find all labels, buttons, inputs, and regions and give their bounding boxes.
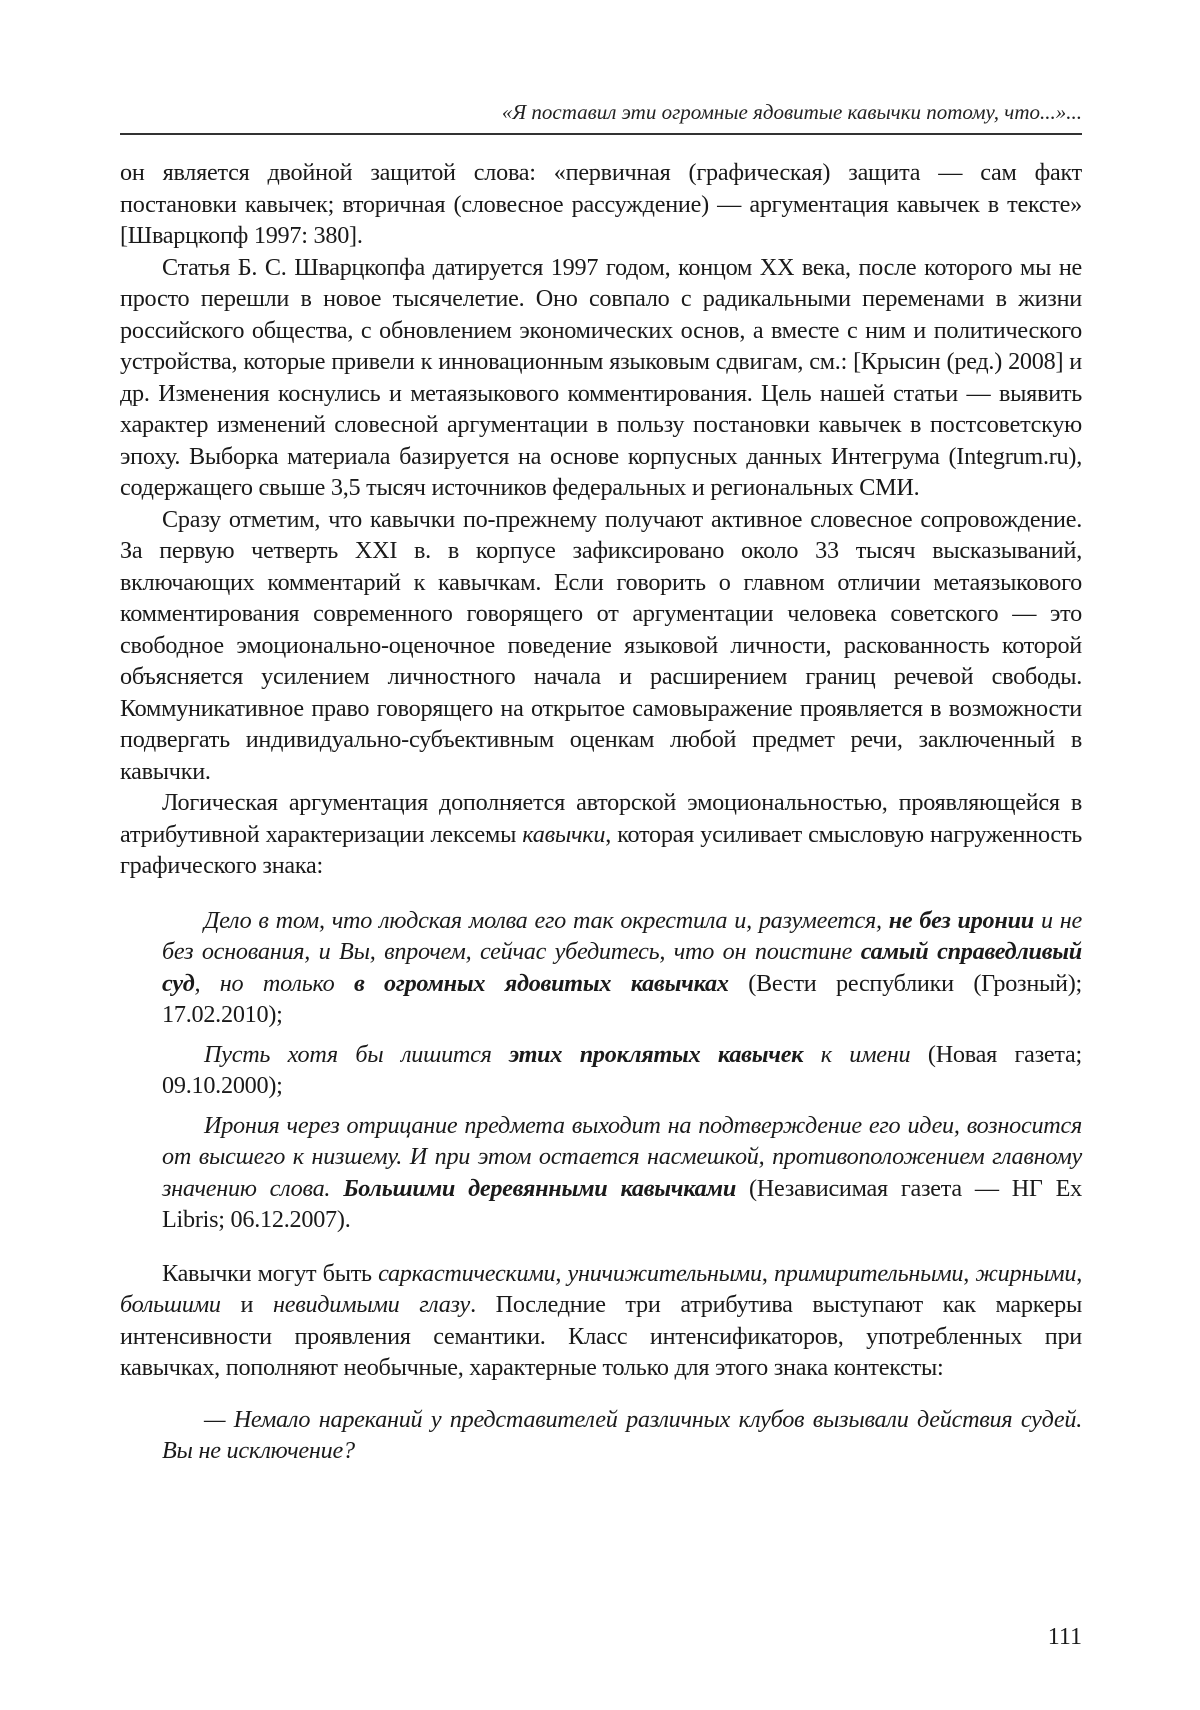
text: ,	[963, 1260, 975, 1287]
text: ,	[1076, 1260, 1082, 1287]
paragraph: Статья Б. С. Шварцкопфа датируется 1997 …	[120, 252, 1082, 504]
quote-emphasis: в огромных ядовитых кавычках	[354, 970, 729, 997]
block-quote: Дело в том, что людская молва его так ок…	[162, 905, 1082, 1031]
paragraph: Кавычки могут быть саркастическими, унич…	[120, 1258, 1082, 1384]
italic-term: кавычки	[522, 821, 605, 848]
quote-text: к имени	[803, 1041, 910, 1068]
quote-text: Пусть хотя бы лишится	[204, 1041, 509, 1068]
text: ,	[762, 1260, 774, 1287]
italic-term: большими	[120, 1291, 221, 1318]
text: Кавычки могут быть	[162, 1260, 378, 1287]
quote-text: Дело в том, что людская молва его так ок…	[204, 907, 889, 934]
header-rule	[120, 133, 1082, 135]
text: и	[221, 1291, 273, 1318]
paragraph-continuation: он является двойной защитой слова: «перв…	[120, 157, 1082, 252]
italic-term: примирительными	[774, 1260, 963, 1287]
quote-emphasis: этих проклятых кавычек	[509, 1041, 803, 1068]
italic-term: уничижительными	[567, 1260, 761, 1287]
quote-emphasis: Большими деревянными кавычками	[343, 1175, 736, 1202]
page-number: 111	[1048, 1624, 1082, 1651]
italic-term: саркастическими	[378, 1260, 555, 1287]
body-text: он является двойной защитой слова: «перв…	[120, 157, 1082, 1467]
running-head: «Я поставил эти огромные ядовитые кавычк…	[502, 100, 1082, 125]
paragraph: Логическая аргументация дополняется авто…	[120, 787, 1082, 882]
paragraph: Сразу отметим, что кавычки по-прежнему п…	[120, 504, 1082, 788]
dialog-quote: — Немало нареканий у представителей разл…	[162, 1404, 1082, 1467]
quote-emphasis: не без иронии	[889, 907, 1034, 934]
block-quote: Пусть хотя бы лишится этих проклятых кав…	[162, 1039, 1082, 1102]
italic-term: жирными	[975, 1260, 1076, 1287]
italic-term: невидимыми глазу	[273, 1291, 470, 1318]
block-quote: Ирония через отрицание предмета выходит …	[162, 1110, 1082, 1236]
text: ,	[555, 1260, 567, 1287]
quote-text: , но только	[194, 970, 353, 997]
